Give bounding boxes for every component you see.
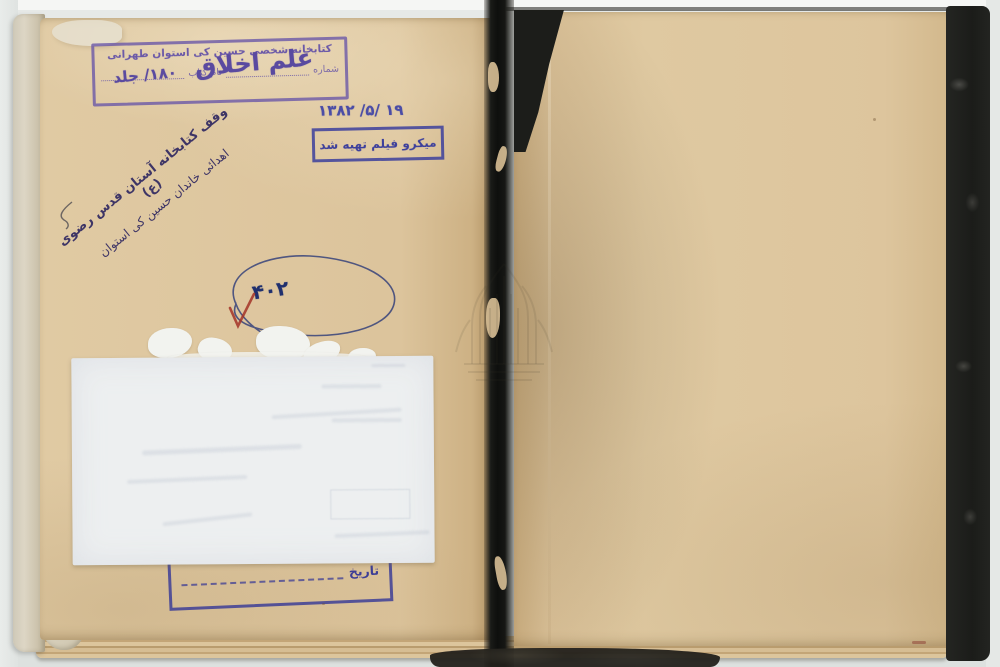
black-cover-edge xyxy=(946,6,990,661)
bottom-binding-shadow xyxy=(430,648,720,667)
ghost-writing xyxy=(334,530,429,538)
microfilm-stamp-box: میکرو فیلم تهیه شد xyxy=(312,126,445,163)
ghost-writing xyxy=(142,444,302,456)
paper-speck xyxy=(322,603,325,605)
pasted-paper-note xyxy=(71,356,434,566)
microfilm-stamp-text: میکرو فیلم تهیه شد xyxy=(319,136,436,152)
fill-in-line xyxy=(181,569,343,586)
ghost-writing xyxy=(321,384,381,388)
cover-speck xyxy=(912,641,926,644)
library-emblem-watermark xyxy=(436,256,572,396)
red-check-mark xyxy=(226,292,258,330)
registry-date-label: تاریخ xyxy=(348,563,379,579)
ghost-writing xyxy=(162,512,252,526)
right-flyleaf-page xyxy=(514,12,950,646)
pen-stray-mark xyxy=(52,198,78,232)
registry-date-row: تاریخ xyxy=(181,563,379,587)
date-stamp: ۱۳۸۲ /۵/ ۱۹ xyxy=(318,100,458,119)
handwritten-number: ۱۸۰/ جلد xyxy=(112,63,177,86)
ghost-writing xyxy=(371,364,405,367)
ghost-writing xyxy=(127,475,247,484)
gutter-paper-tear xyxy=(488,62,499,92)
ghost-stamp-outline xyxy=(330,489,410,520)
ghost-writing xyxy=(332,418,402,422)
cover-top-edge xyxy=(505,7,950,11)
paper-speck xyxy=(873,118,876,121)
